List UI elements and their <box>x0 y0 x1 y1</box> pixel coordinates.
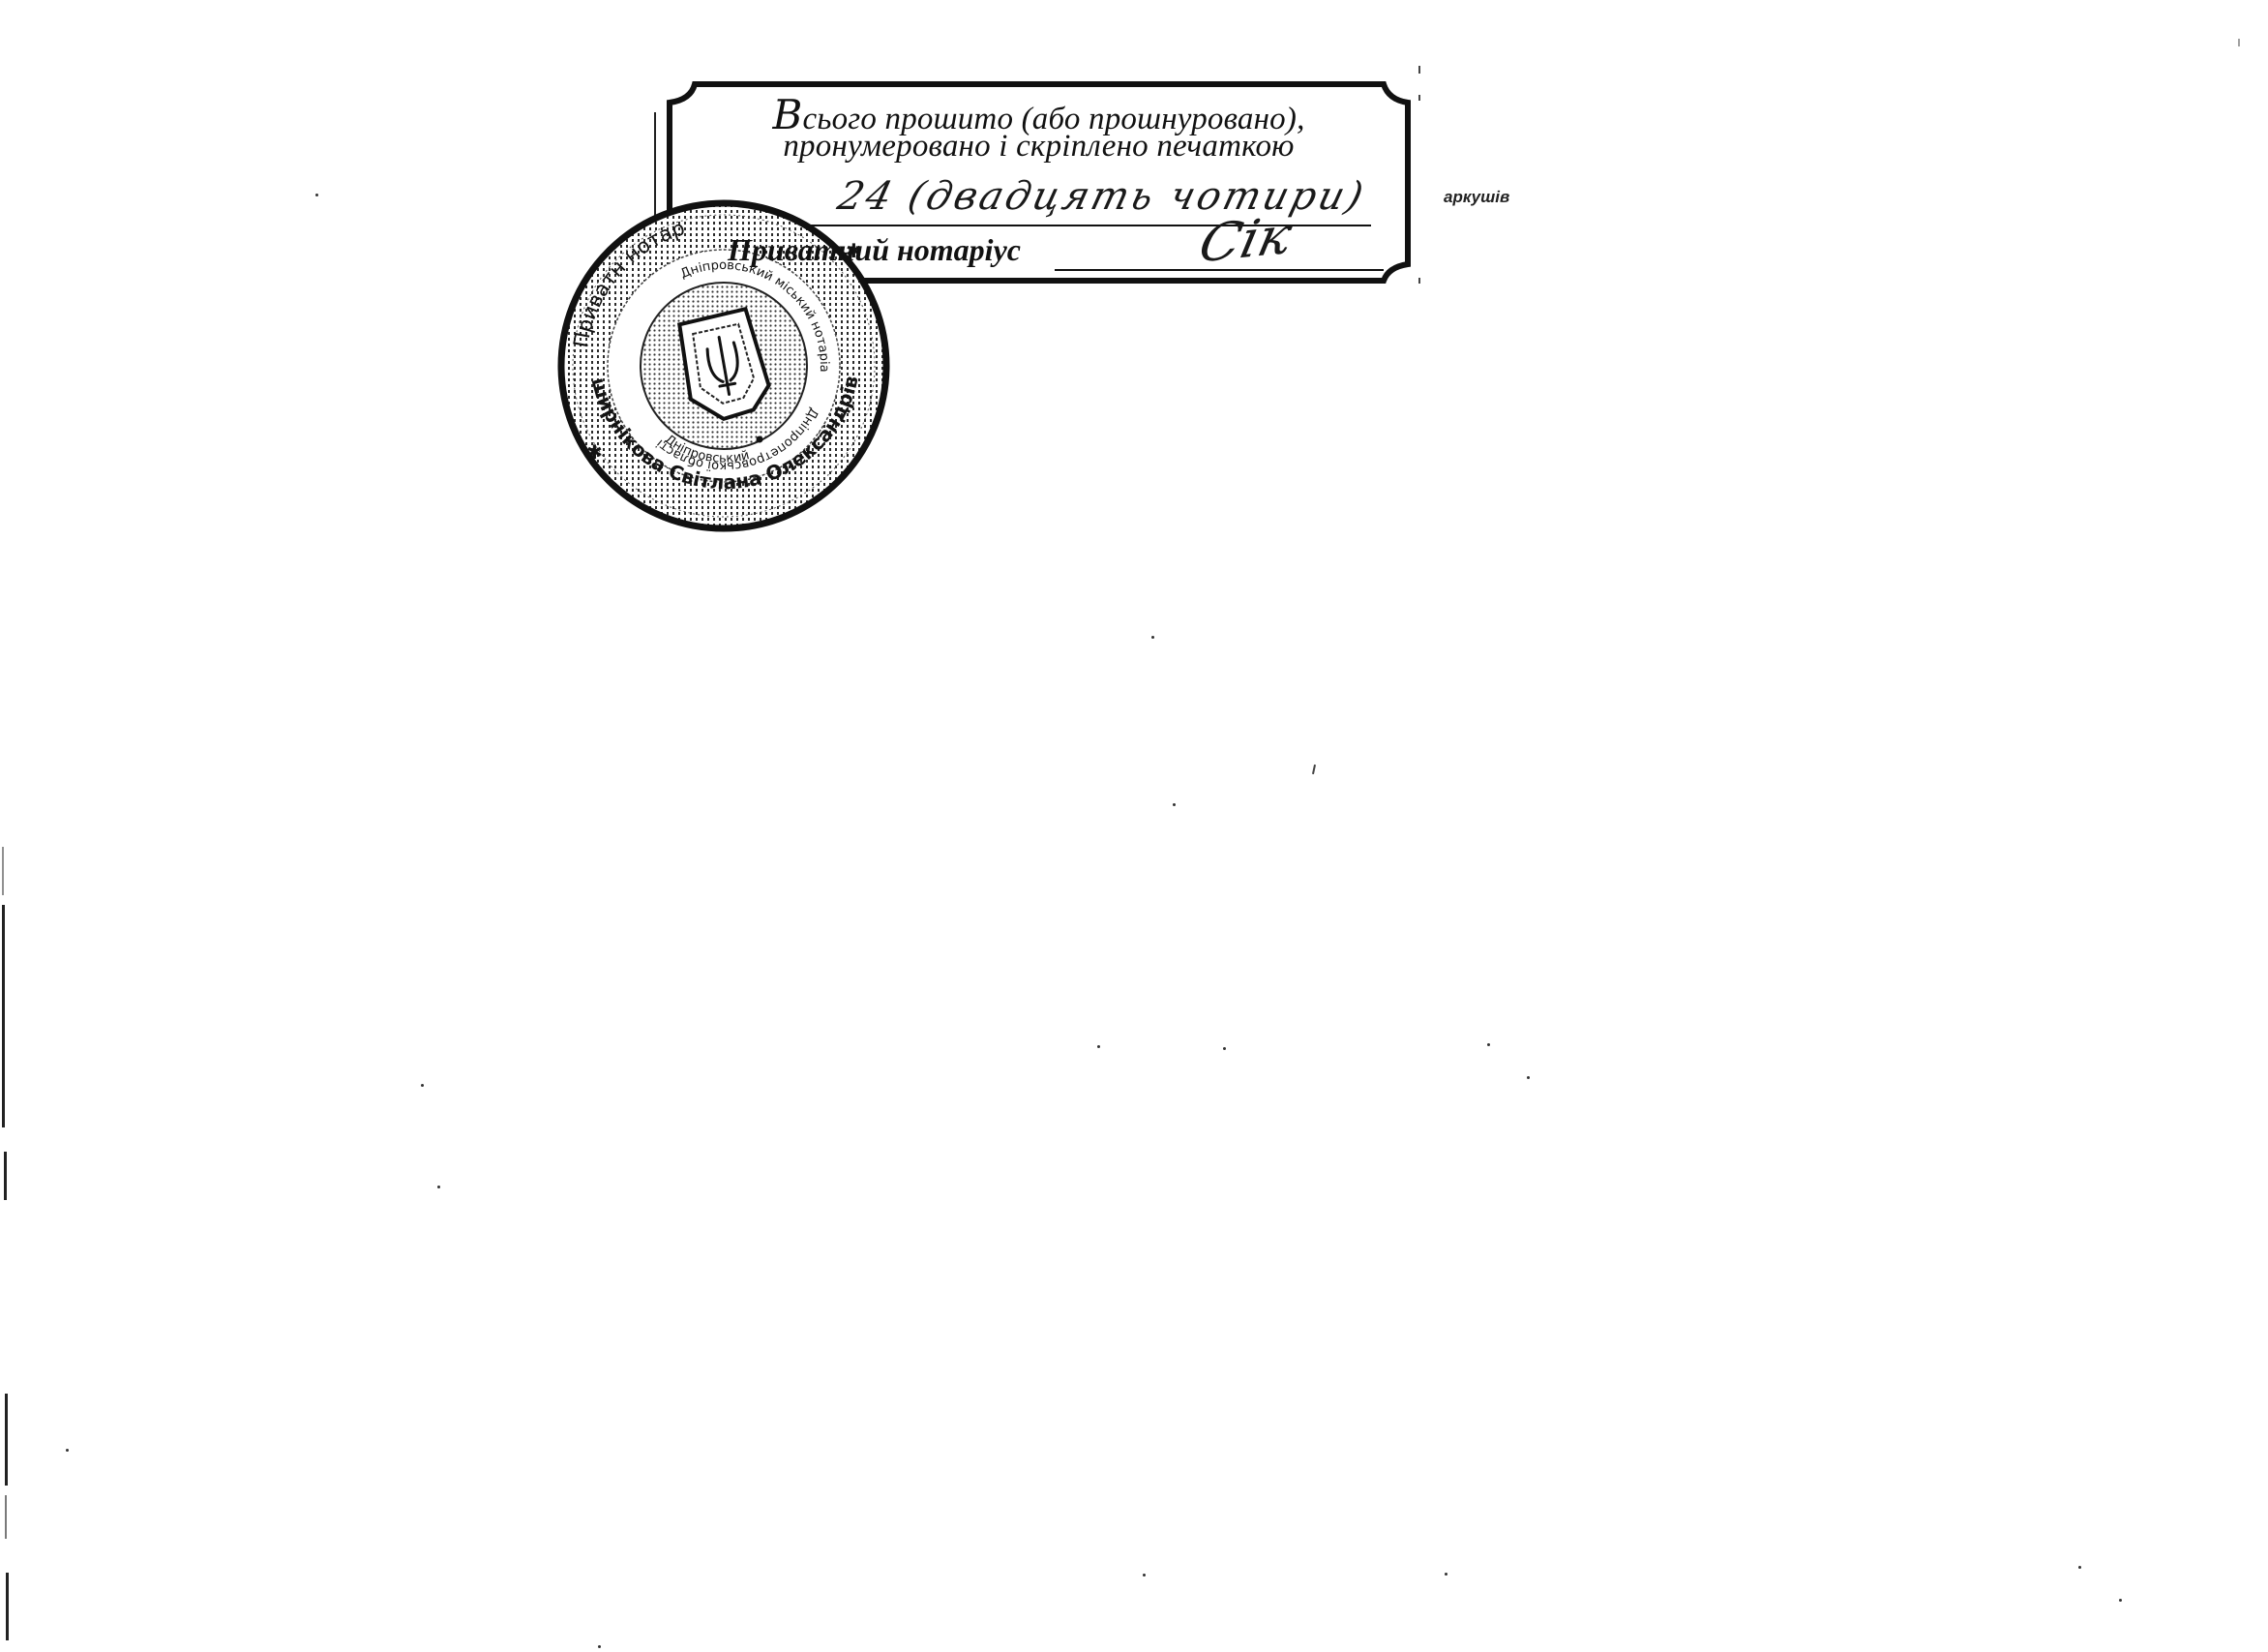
certification-block: Всього прошито (або прошнуровано), прону… <box>670 83 1408 281</box>
star-icon: ✱ <box>586 440 603 464</box>
scan-edge-mark <box>5 1394 8 1486</box>
sheet-count-row: 24 (двадцять чотири) аркушів <box>839 180 1381 230</box>
scan-speck <box>1151 636 1154 639</box>
scan-edge-mark <box>2 847 4 895</box>
scan-speck <box>1527 1076 1530 1079</box>
scan-speck <box>2119 1599 2122 1602</box>
scan-speck <box>598 1645 601 1648</box>
scan-speck <box>2078 1566 2081 1569</box>
certification-line-2: пронумеровано і скріплено печаткою <box>670 129 1408 165</box>
signature-row: Приватний нотаріус Сік <box>728 230 1405 279</box>
signatory-label: Приватний нотаріус <box>728 232 1021 268</box>
scan-speck <box>1143 1574 1146 1577</box>
scan-speck <box>1312 765 1316 774</box>
scan-speck <box>66 1449 69 1452</box>
handwritten-signature: Сік <box>1194 204 1298 274</box>
document-page: Приватн нотар Дніпровський міський нотар… <box>0 0 2268 1652</box>
sheet-count-unit: аркушів <box>1444 188 1509 207</box>
scan-speck <box>421 1084 424 1087</box>
dot-separator-icon <box>757 436 763 443</box>
scan-edge-mark <box>2 905 5 1127</box>
scan-speck <box>315 194 318 196</box>
scan-speck <box>1173 803 1176 806</box>
scan-speck <box>1223 1047 1226 1050</box>
scan-speck <box>2238 39 2240 46</box>
scan-speck <box>437 1186 440 1188</box>
scan-edge-mark <box>6 1573 9 1640</box>
scan-edge-mark <box>4 1152 7 1200</box>
scan-edge-mark <box>5 1495 7 1539</box>
scan-speck <box>1445 1573 1447 1576</box>
scan-speck <box>1097 1045 1100 1048</box>
scan-speck <box>1487 1043 1490 1046</box>
